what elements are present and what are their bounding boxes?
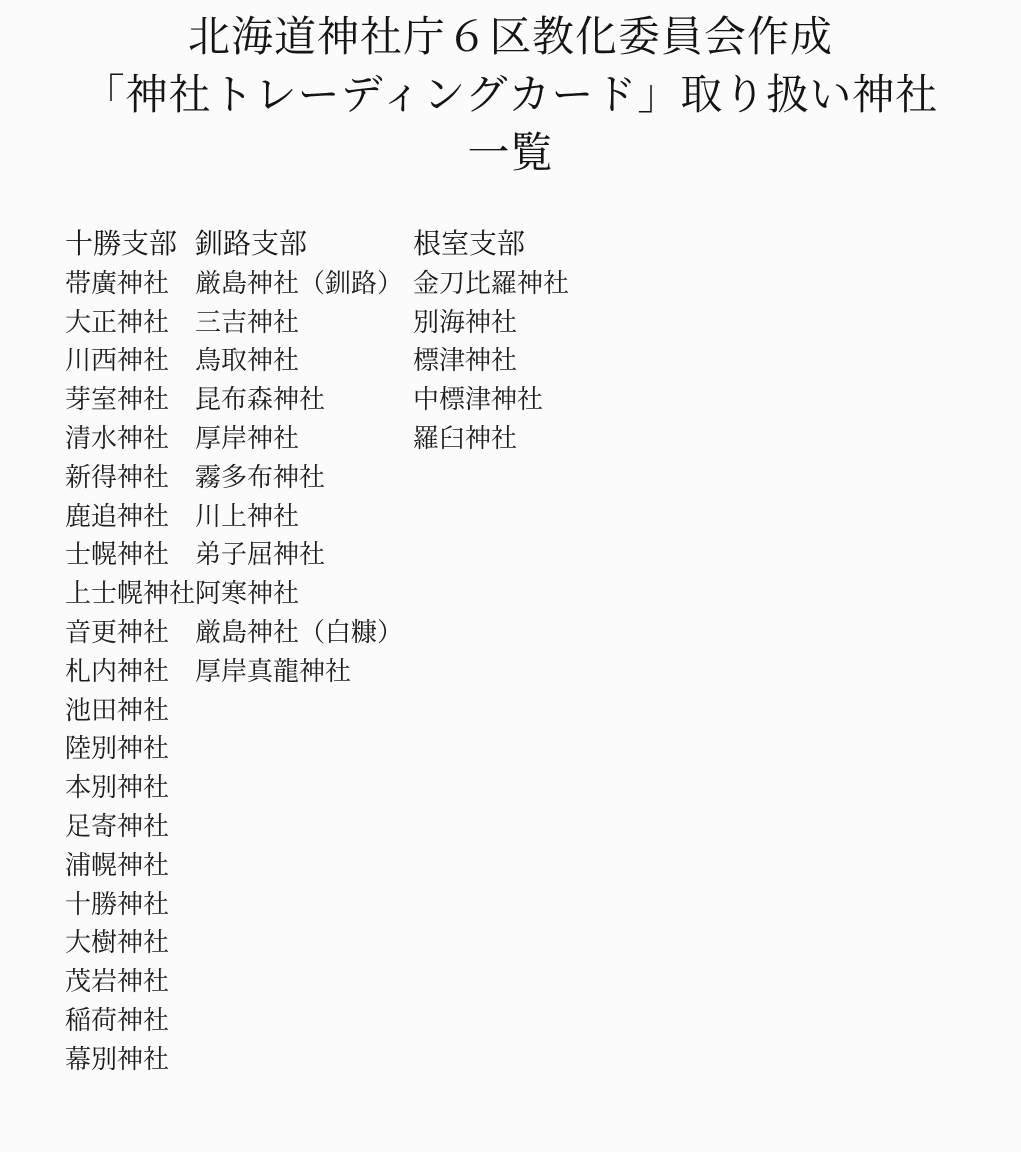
column-header-tokachi: 十勝支部	[65, 222, 195, 262]
shrine-name: 標津神社	[413, 340, 693, 379]
shrine-name: 十勝神社	[65, 883, 195, 922]
shrine-name	[195, 960, 413, 999]
table-header-row: 十勝支部 釧路支部 根室支部	[65, 222, 693, 262]
shrine-name: 幕別神社	[65, 1038, 195, 1077]
column-header-nemuro: 根室支部	[413, 222, 693, 262]
shrine-name	[413, 456, 693, 495]
shrine-name: 鳥取神社	[195, 340, 413, 379]
table-row: 陸別神社	[65, 728, 693, 767]
table-row: 十勝神社	[65, 883, 693, 922]
shrine-name	[413, 922, 693, 961]
shrine-name: 芽室神社	[65, 378, 195, 417]
shrine-name: 金刀比羅神社	[413, 262, 693, 301]
shrine-name	[413, 960, 693, 999]
title-line-1: 北海道神社庁６区教化委員会作成	[0, 9, 1021, 67]
shrine-name	[413, 844, 693, 883]
shrine-name	[195, 883, 413, 922]
title-line-2: 「神社トレーディングカード」取り扱い神社	[0, 67, 1021, 125]
shrine-name: 池田神社	[65, 689, 195, 728]
table-row: 足寄神社	[65, 805, 693, 844]
shrine-name: 足寄神社	[65, 805, 195, 844]
shrine-name: 阿寒神社	[195, 572, 413, 611]
table-row: 芽室神社昆布森神社中標津神社	[65, 378, 693, 417]
shrine-name	[195, 999, 413, 1038]
table-row: 音更神社厳島神社（白糠）	[65, 611, 693, 650]
shrine-name: 別海神社	[413, 301, 693, 340]
table-row: 浦幌神社	[65, 844, 693, 883]
shrine-name: 羅臼神社	[413, 417, 693, 456]
shrine-name: 厳島神社（白糠）	[195, 611, 413, 650]
table-row: 帯廣神社厳島神社（釧路）金刀比羅神社	[65, 262, 693, 301]
table-row: 札内神社厚岸真龍神社	[65, 650, 693, 689]
shrine-name: 札内神社	[65, 650, 195, 689]
shrine-name	[195, 689, 413, 728]
shrine-name: 厚岸真龍神社	[195, 650, 413, 689]
table-row: 鹿追神社川上神社	[65, 495, 693, 534]
table-row: 清水神社厚岸神社羅臼神社	[65, 417, 693, 456]
column-header-kushiro: 釧路支部	[195, 222, 413, 262]
shrine-name: 稲荷神社	[65, 999, 195, 1038]
table-row: 茂岩神社	[65, 960, 693, 999]
shrine-table-body: 帯廣神社厳島神社（釧路）金刀比羅神社大正神社三吉神社別海神社川西神社鳥取神社標津…	[65, 262, 693, 1077]
shrine-name	[195, 844, 413, 883]
shrine-name: 厳島神社（釧路）	[195, 262, 413, 301]
shrine-name	[413, 1038, 693, 1077]
shrine-name	[413, 650, 693, 689]
document-title: 北海道神社庁６区教化委員会作成 「神社トレーディングカード」取り扱い神社 一覧	[0, 0, 1021, 183]
shrine-name	[195, 922, 413, 961]
shrine-name: 中標津神社	[413, 378, 693, 417]
shrine-name: 川上神社	[195, 495, 413, 534]
shrine-name: 霧多布神社	[195, 456, 413, 495]
shrine-name	[413, 534, 693, 573]
shrine-name: 本別神社	[65, 766, 195, 805]
shrine-name: 清水神社	[65, 417, 195, 456]
shrine-name: 音更神社	[65, 611, 195, 650]
table-row: 池田神社	[65, 689, 693, 728]
table-row: 大正神社三吉神社別海神社	[65, 301, 693, 340]
shrine-name: 昆布森神社	[195, 378, 413, 417]
shrine-name	[413, 495, 693, 534]
shrine-name: 大正神社	[65, 301, 195, 340]
shrine-name: 鹿追神社	[65, 495, 195, 534]
table-row: 新得神社霧多布神社	[65, 456, 693, 495]
shrine-name	[195, 728, 413, 767]
title-line-3: 一覧	[0, 125, 1021, 183]
shrine-name: 新得神社	[65, 456, 195, 495]
shrine-name: 弟子屈神社	[195, 534, 413, 573]
shrine-name: 陸別神社	[65, 728, 195, 767]
shrine-name: 大樹神社	[65, 922, 195, 961]
shrine-name	[413, 999, 693, 1038]
shrine-name	[195, 766, 413, 805]
shrine-name: 川西神社	[65, 340, 195, 379]
shrine-name: 厚岸神社	[195, 417, 413, 456]
shrine-name: 上士幌神社	[65, 572, 195, 611]
shrine-name	[195, 1038, 413, 1077]
table-row: 幕別神社	[65, 1038, 693, 1077]
shrine-name	[413, 689, 693, 728]
shrine-name: 士幌神社	[65, 534, 195, 573]
shrine-name: 茂岩神社	[65, 960, 195, 999]
shrine-name	[413, 805, 693, 844]
shrine-name	[413, 611, 693, 650]
shrine-name: 三吉神社	[195, 301, 413, 340]
shrine-name	[413, 728, 693, 767]
shrine-name: 帯廣神社	[65, 262, 195, 301]
shrine-name: 浦幌神社	[65, 844, 195, 883]
table-row: 大樹神社	[65, 922, 693, 961]
table-row: 稲荷神社	[65, 999, 693, 1038]
table-row: 川西神社鳥取神社標津神社	[65, 340, 693, 379]
shrine-table-header: 十勝支部 釧路支部 根室支部	[65, 222, 693, 262]
shrine-table: 十勝支部 釧路支部 根室支部 帯廣神社厳島神社（釧路）金刀比羅神社大正神社三吉神…	[65, 222, 693, 1077]
table-row: 上士幌神社阿寒神社	[65, 572, 693, 611]
table-row: 士幌神社弟子屈神社	[65, 534, 693, 573]
shrine-name	[413, 883, 693, 922]
table-row: 本別神社	[65, 766, 693, 805]
document-page: 北海道神社庁６区教化委員会作成 「神社トレーディングカード」取り扱い神社 一覧 …	[0, 0, 1021, 1152]
shrine-name	[413, 766, 693, 805]
shrine-name	[195, 805, 413, 844]
shrine-name	[413, 572, 693, 611]
